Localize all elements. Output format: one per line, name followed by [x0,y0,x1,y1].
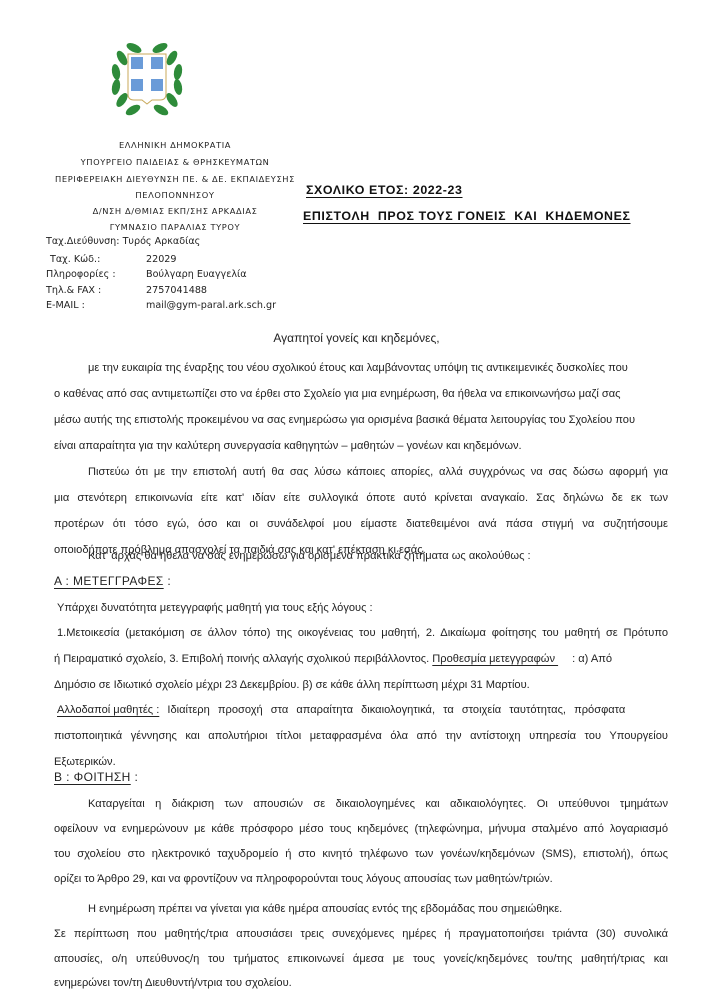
section-a-title: Α : ΜΕΤΕΓΓΡΑΦΕΣ [54,574,164,588]
greek-coat-of-arms-icon [108,40,186,120]
text-line: ο καθένας από σας αντιμετωπίζει στο να έ… [54,388,668,400]
text-line: ορίζει το Άρθρο 29, και να φροντίζουν να… [54,873,668,885]
foreign-students-label: Αλλοδαποί μαθητές : [57,704,159,716]
greeting: Αγαπητοί γονείς και κηδεμόνες, [0,331,713,345]
deadline-label: Προθεσμία μετεγγραφών [432,653,558,665]
school-year-title: ΣΧΟΛΙΚΟ ΕΤΟΣ: 2022-23 [306,183,463,197]
transfer-reasons-line: ή Πειραματικό σχολείο, 3. Επιβολή ποινής… [54,653,668,665]
header-line: ΠΕΛΟΠΟΝΝΗΣΟΥ [50,190,300,200]
text-line: μια στενότερη επικοινωνία είτε κατ' ιδία… [54,492,668,504]
transfer-deadlines-line: Δημόσιο σε Ιδιωτικό σχολείο μέχρι 23 Δεκ… [54,679,668,691]
contact-label: Ταχ.Διεύθυνση: [46,236,120,247]
contact-info: Πληροφορίες :Βούλγαρη Ευαγγελία [46,269,247,280]
contact-postcode: Ταχ. Κώδ.:22029 [50,254,177,265]
contact-value: Τυρός Αρκαδίας [123,236,201,247]
section-b-title: Β : ΦΟΙΤΗΣΗ [54,770,131,784]
text-line: Καταργείται η διάκριση των απουσιών σε δ… [88,798,668,810]
header-line: ΓΥΜΝΑΣΙΟ ΠΑΡΑΛΙΑΣ ΤΥΡΟΥ [50,222,300,232]
section-b-heading: Β : ΦΟΙΤΗΣΗ : [54,770,138,784]
foreign-students-line: Αλλοδαποί μαθητές : Ιδιαίτερη προσοχή στ… [57,704,671,716]
contact-value: 2757041488 [146,285,207,296]
text-line: Πιστεύω ότι με την επιστολή αυτή θα σας … [88,466,668,478]
text-line: πιστοποιητικά γέννησης και απολυτήριοι τ… [54,730,668,742]
heading-colon: : [164,574,171,588]
text-line: Εξωτερικών. [54,756,668,768]
contact-email: E-MAIL :mail@gym-paral.ark.sch.gr [46,300,276,311]
text-line: ενημερώνει τον/τη Διευθυντή/ντρια του σχ… [54,977,668,989]
contact-label: Τηλ.& FAX : [46,285,146,296]
contact-email-link[interactable]: mail@gym-paral.ark.sch.gr [146,300,276,311]
contact-label: Ταχ. Κώδ.: [50,254,146,265]
contact-value: Βούλγαρη Ευαγγελία [146,269,247,280]
text-line: του σχολείου στο ηλεκτρονικό ταχυδρομείο… [54,848,668,860]
text-line: προτέρων ότι τόσο εγώ, όσο και οι συνάδε… [54,518,668,530]
text-span: Ιδιαίτερη προσοχή στα απαραίτητα δικαιολ… [159,704,625,716]
letter-title: ΕΠΙΣΤΟΛΗ ΠΡΟΣ ΤΟΥΣ ΓΟΝΕΙΣ ΚΑΙ ΚΗΔΕΜΟΝΕΣ [303,209,631,223]
text-line: είναι απαραίτητα για την καλύτερη συνεργ… [54,440,668,452]
contact-label: E-MAIL : [46,300,146,311]
contact-value: 22029 [146,254,177,265]
text-span: ή Πειραματικό σχολείο, 3. Επιβολή ποινής… [54,653,432,665]
text-line: μέσω αυτής της επιστολής προκειμένου να … [54,414,668,426]
text-line: οφείλουν να ενημερώνουν με κάθε πρόσφορο… [54,823,668,835]
text-span: : α) Από [572,653,612,665]
text-line: με την ευκαιρία της έναρξης του νέου σχο… [88,362,668,374]
text-line: Σε περίπτωση που μαθητής/τρια απουσιάσει… [54,928,668,940]
transfer-reasons-line: 1.Μετοικεσία (μετακόμιση σε άλλον τόπο) … [57,627,668,639]
text-line: απουσίες, ο/η υπεύθυνος/η του τμήματος ε… [54,953,668,965]
contact-phone: Τηλ.& FAX :2757041488 [46,285,207,296]
transfer-intro: Υπάρχει δυνατότητα μετεγγραφής μαθητή γι… [57,602,671,614]
header-line: ΠΕΡΙΦΕΡΕΙΑΚΗ ΔΙΕΥΘΥΝΣΗ ΠΕ. & ΔΕ. ΕΚΠΑΙΔΕ… [50,174,300,184]
header-line: Δ/ΝΣΗ Δ/ΘΜΙΑΣ ΕΚΠ/ΣΗΣ ΑΡΚΑΔΙΑΣ [50,206,300,216]
section-a-heading: Α : ΜΕΤΕΓΓΡΑΦΕΣ : [54,574,171,588]
contact-label: Πληροφορίες : [46,269,146,280]
heading-colon: : [131,770,138,784]
header-line: ΕΛΛΗΝΙΚΗ ΔΗΜΟΚΡΑΤΙΑ [50,140,300,150]
contact-address: Ταχ.Διεύθυνση: Τυρός Αρκαδίας [46,236,200,247]
notification-rule: Η ενημέρωση πρέπει να γίνεται για κάθε η… [88,903,668,915]
practical-intro: Κατ' αρχάς θα ήθελα να σας ενημερώσω για… [88,550,668,562]
header-line: ΥΠΟΥΡΓΕΙΟ ΠΑΙΔΕΙΑΣ & ΘΡΗΣΚΕΥΜΑΤΩΝ [50,157,300,167]
